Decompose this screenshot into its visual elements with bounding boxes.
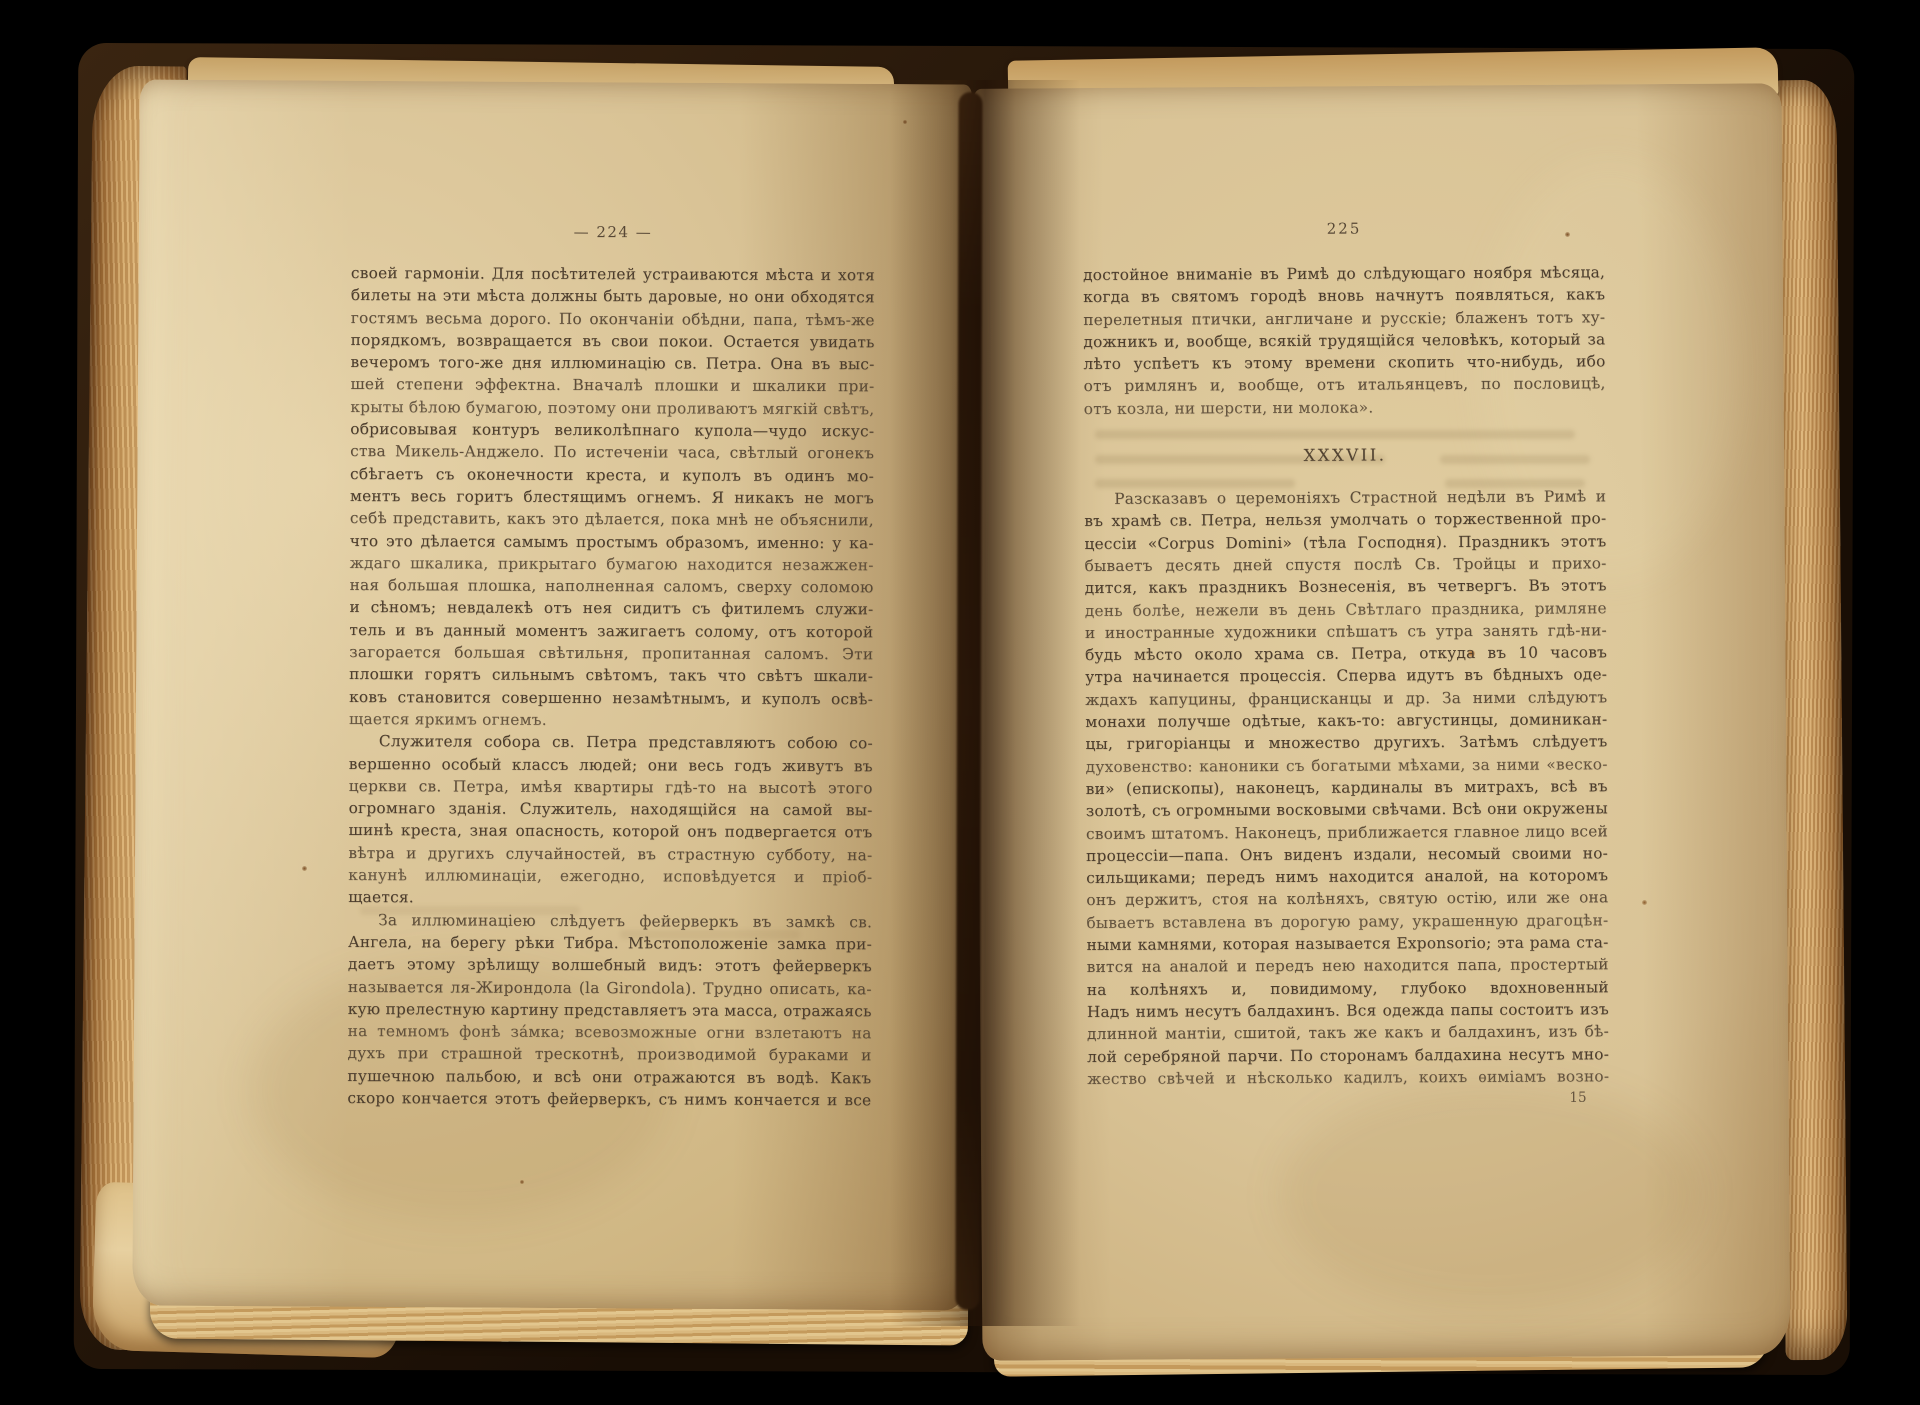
text-line: и иностранные художники спѣшатъ съ утра … (1085, 619, 1607, 644)
text-line: ства Микель-Анджело. По истеченіи часа, … (350, 440, 874, 465)
spine-crack (955, 92, 982, 1310)
text-line: дится, какъ праздникъ Вознесенія, въ чет… (1085, 575, 1607, 600)
signature-mark: 15 (1548, 1090, 1608, 1106)
text-line: золотѣ, съ огромными восковыми свѣчами. … (1086, 797, 1608, 822)
text-line: гостямъ весьма дорого. По окончаніи обѣд… (351, 307, 875, 332)
text-line: вѣтра и другихъ случайностей, въ страстн… (348, 842, 872, 867)
text-line: будь мѣсто около храма св. Петра, откуда… (1085, 641, 1607, 666)
text-line: вершенно особый классъ людей; они весь г… (349, 753, 873, 778)
text-line: обрисовывая контуръ великолѣпнаго купола… (350, 418, 874, 443)
section-heading: XXXVII. (1084, 443, 1606, 468)
text-line: на колѣняхъ и, повидимому, глубоко вдохн… (1087, 976, 1609, 1001)
text-line: монахи получше одѣтые, какъ-то: августин… (1085, 708, 1607, 733)
text-line: въ храмѣ св. Петра, нельзя умолчать о то… (1084, 508, 1606, 533)
text-line: загорается большая свѣтильня, пропитанна… (349, 641, 873, 666)
text-line: называется ля-Жирондола (la Girondola). … (348, 975, 872, 1000)
right-page-text: достойное вниманіе въ Римѣ до слѣдующаго… (1083, 261, 1609, 1090)
text-line: сильщиками; передъ нимъ находится аналой… (1086, 864, 1608, 889)
text-line: сбѣгаетъ съ оконечности креста, и куполъ… (350, 463, 874, 488)
text-line: лой серебряной парчи. По сторонамъ балда… (1087, 1043, 1609, 1068)
text-line: своей гармоніи. Для посѣтителей устраива… (351, 262, 875, 287)
text-line: бываетъ десять дней спустя послѣ Св. Тро… (1085, 552, 1607, 577)
text-line: Служителя собора св. Петра представляютъ… (349, 730, 873, 755)
text-line: духовенство: каноники съ богатыми мѣхами… (1086, 753, 1608, 778)
text-line: на темномъ фонѣ зáмка; всевозможные огни… (348, 1020, 872, 1045)
text-line: цы, григоріанцы и множество другихъ. Зат… (1085, 731, 1607, 756)
text-line: огромнаго зданія. Служитель, находящійся… (349, 797, 873, 822)
text-line: и сѣномъ; невдалекѣ отъ нея сидитъ съ фи… (349, 596, 873, 621)
text-line: крыты бѣлою бумагою, поэтому они пролива… (350, 396, 874, 421)
text-line: себѣ представить, какъ это дѣлается, пок… (350, 507, 874, 532)
text-line: ждахъ капуцины, францисканцы и др. За ни… (1085, 686, 1607, 711)
text-line: бываетъ вставлена въ дорогую раму, украш… (1086, 909, 1608, 934)
text-line: отъ римлянъ и, вообще, отъ итальянцевъ, … (1084, 373, 1606, 398)
text-line: Ангела, на берегу рѣки Тибра. Мѣстополож… (348, 931, 872, 956)
text-line: цессіи «Corpus Domini» (тѣла Господня). … (1084, 530, 1606, 555)
text-line: что это дѣлается самымъ простымъ образом… (350, 530, 874, 555)
text-line: плошки горятъ сильнымъ свѣтомъ, такъ что… (349, 663, 873, 688)
text-line: ви» (епископы), наконецъ, кардиналы въ м… (1086, 775, 1608, 800)
text-line: день болѣе, нежели въ день Свѣтлаго праз… (1085, 597, 1607, 622)
text-line: шей степени эффектна. Вначалѣ плошки и ш… (350, 373, 874, 398)
text-line: своимъ штатомъ. Наконецъ, приближается г… (1086, 820, 1608, 845)
text-line: даетъ этому зрѣлищу волшебный видъ: этот… (348, 953, 872, 978)
text-line: вечеромъ того-же дня иллюминацію св. Пет… (351, 351, 875, 376)
text-line: ментъ весь горитъ блестящимъ огнемъ. Я н… (350, 485, 874, 510)
text-line: утра начинается процессія. Сперва идутъ … (1085, 664, 1607, 689)
text-line: онъ держитъ, стоя на колѣняхъ, святую ос… (1086, 887, 1608, 912)
text-line: скоро кончается этотъ фейерверкъ, съ ним… (347, 1087, 871, 1112)
text-line: порядкомъ, возвращается въ свои покои. О… (351, 329, 875, 354)
text-line: ковъ становится совершенно незамѣтнымъ, … (349, 686, 873, 711)
text-line: Разсказавъ о церемоніяхъ Страстной недѣл… (1084, 485, 1606, 510)
left-page-number: — 224 — (351, 222, 875, 242)
text-line: билеты на эти мѣста должны быть даровые,… (351, 284, 875, 309)
text-line: дожникъ и, вообще, всякій трудящійся чел… (1083, 328, 1605, 353)
text-line: пушечною пальбою, и всѣ они отражаются в… (347, 1065, 871, 1090)
text-line: достойное вниманіе въ Римѣ до слѣдующаго… (1083, 261, 1605, 286)
text-line: перелетныя птички, англичане и русскіе; … (1083, 306, 1605, 331)
text-line: длинной мантіи, сшитой, такъ же какъ и б… (1087, 1020, 1609, 1045)
text-line: жество свѣчей и нѣсколько кадилъ, коихъ … (1087, 1065, 1609, 1090)
text-line: отъ козла, ни шерсти, ни молока». (1084, 395, 1606, 420)
text-line: ждаго шкалика, прикрытаго бумагою находи… (350, 552, 874, 577)
text-line: кую прелестную картину представляетъ эта… (348, 998, 872, 1023)
text-line: щается. (348, 886, 872, 911)
text-line: шинѣ креста, зная опасность, которой онъ… (348, 819, 872, 844)
text-line: церкви св. Петра, имѣя квартиры гдѣ-то н… (349, 775, 873, 800)
text-line: духъ при страшной трескотнѣ, производимо… (347, 1042, 871, 1067)
text-line: ная большая плошка, наполненная саломъ, … (350, 574, 874, 599)
book-photo-scene: — 224 — 225 своей гармоніи. Для посѣтите… (0, 0, 1920, 1405)
text-line: щается яркимъ огнемъ. (349, 708, 873, 733)
text-line: процессіи—папа. Онъ виденъ издали, несом… (1086, 842, 1608, 867)
left-page-text: своей гармоніи. Для посѣтителей устраива… (347, 262, 875, 1112)
text-line: За иллюминаціею слѣдуетъ фейерверкъ въ з… (348, 909, 872, 934)
right-page-number: 225 (1083, 218, 1605, 239)
text-line: лѣто успѣетъ къ этому времени скопить чт… (1083, 350, 1605, 375)
text-line: когда въ святомъ городѣ вновь начнутъ по… (1083, 284, 1605, 309)
text-line: тель и въ данный моментъ зажигаетъ солом… (349, 619, 873, 644)
text-line: вится на аналой и передъ нею находится п… (1087, 954, 1609, 979)
text-line: Надъ нимъ несутъ балдахинъ. Вся одежда п… (1087, 998, 1609, 1023)
text-line: канунѣ иллюминаціи, ежегодно, исповѣдует… (348, 864, 872, 889)
text-line: ными камнями, которая называется Exponso… (1087, 931, 1609, 956)
